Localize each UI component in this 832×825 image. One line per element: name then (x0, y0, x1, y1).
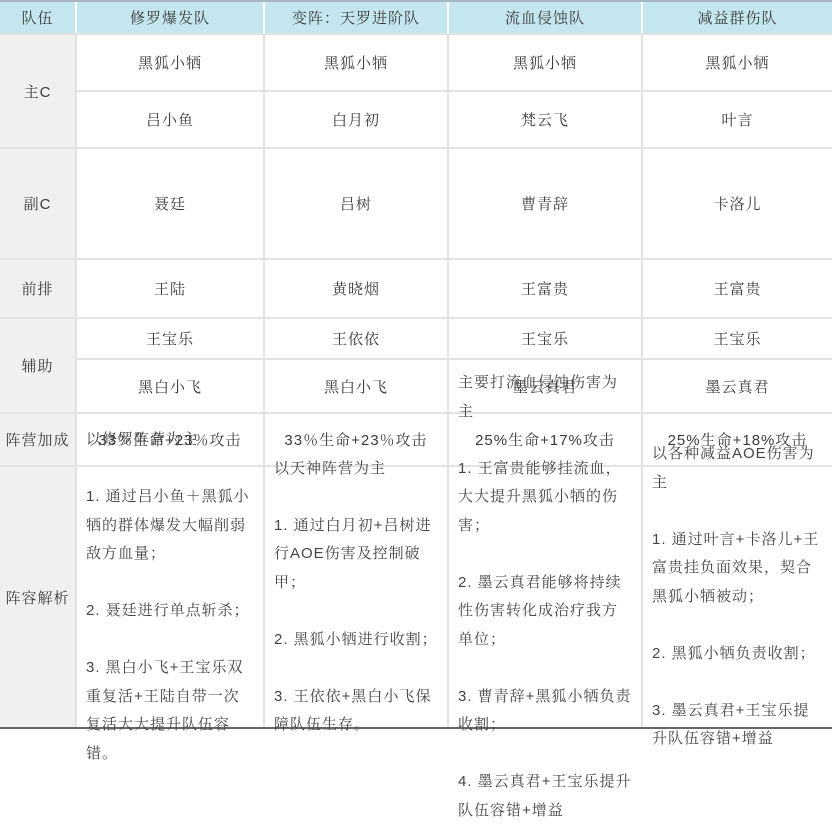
row-label-bonus: 阵营加成 (0, 414, 75, 465)
analysis-cell: 主要打流血侵蚀伤害为主 1. 王富贵能够挂流血，大大提升黑狐小牺的伤害； 2. … (449, 467, 641, 727)
character-cell: 王富贵 (643, 260, 832, 317)
character-cell: 曹青辞 (449, 149, 641, 258)
header-cell-label: 队伍 (0, 2, 75, 33)
character-cell: 黄晓烟 (265, 260, 447, 317)
character-cell: 卡洛儿 (643, 149, 832, 258)
character-cell: 吕树 (265, 149, 447, 258)
analysis-cell: 以修罗阵营为主 1. 通过吕小鱼＋黑狐小牺的群体爆发大幅削弱敌方血量； 2. 聂… (77, 467, 263, 727)
character-cell: 黑白小飞 (265, 360, 447, 412)
character-cell: 白月初 (265, 92, 447, 147)
header-cell-team: 修罗爆发队 (77, 2, 263, 33)
character-cell: 王宝乐 (643, 319, 832, 358)
table-body: 主C 黑狐小牺 黑狐小牺 黑狐小牺 黑狐小牺 吕小鱼 白月初 梵云飞 叶言 副C… (0, 33, 832, 727)
character-cell: 黑狐小牺 (265, 35, 447, 90)
row-label-sub-c: 副C (0, 149, 75, 258)
character-cell: 王富贵 (449, 260, 641, 317)
analysis-text: 以各种减益AOE伤害为主 1. 通过叶言+卡洛儿+王富贵挂负面效果，契合黑狐小牺… (652, 440, 823, 754)
character-cell: 王宝乐 (77, 319, 263, 358)
character-cell: 黑狐小牺 (77, 35, 263, 90)
character-cell: 王依依 (265, 319, 447, 358)
character-cell: 墨云真君 (643, 360, 832, 412)
character-cell: 叶言 (643, 92, 832, 147)
header-row: 队伍 修罗爆发队 变阵：天罗进阶队 流血侵蚀队 减益群伤队 (0, 2, 832, 33)
character-cell: 王宝乐 (449, 319, 641, 358)
character-cell: 梵云飞 (449, 92, 641, 147)
row-label-main-c: 主C (0, 35, 75, 147)
character-cell: 王陆 (77, 260, 263, 317)
team-comparison-table: 队伍 修罗爆发队 变阵：天罗进阶队 流血侵蚀队 减益群伤队 主C 黑狐小牺 黑狐… (0, 0, 832, 729)
header-cell-team: 减益群伤队 (643, 2, 832, 33)
character-cell: 黑狐小牺 (449, 35, 641, 90)
character-cell: 吕小鱼 (77, 92, 263, 147)
analysis-cell: 以天神阵营为主 1. 通过白月初+吕树进行AOE伤害及控制破甲； 2. 黑狐小牺… (265, 467, 447, 727)
analysis-text: 以修罗阵营为主 1. 通过吕小鱼＋黑狐小牺的群体爆发大幅削弱敌方血量； 2. 聂… (86, 426, 254, 768)
row-label-support: 辅助 (0, 319, 75, 412)
header-cell-team: 变阵：天罗进阶队 (265, 2, 447, 33)
analysis-text: 以天神阵营为主 1. 通过白月初+吕树进行AOE伤害及控制破甲； 2. 黑狐小牺… (274, 455, 438, 740)
row-label-analysis: 阵容解析 (0, 467, 75, 727)
header-cell-team: 流血侵蚀队 (449, 2, 641, 33)
character-cell: 聂廷 (77, 149, 263, 258)
row-label-front: 前排 (0, 260, 75, 317)
character-cell: 黑狐小牺 (643, 35, 832, 90)
analysis-cell: 以各种减益AOE伤害为主 1. 通过叶言+卡洛儿+王富贵挂负面效果，契合黑狐小牺… (643, 467, 832, 727)
character-cell: 黑白小飞 (77, 360, 263, 412)
analysis-text: 主要打流血侵蚀伤害为主 1. 王富贵能够挂流血，大大提升黑狐小牺的伤害； 2. … (458, 369, 632, 825)
